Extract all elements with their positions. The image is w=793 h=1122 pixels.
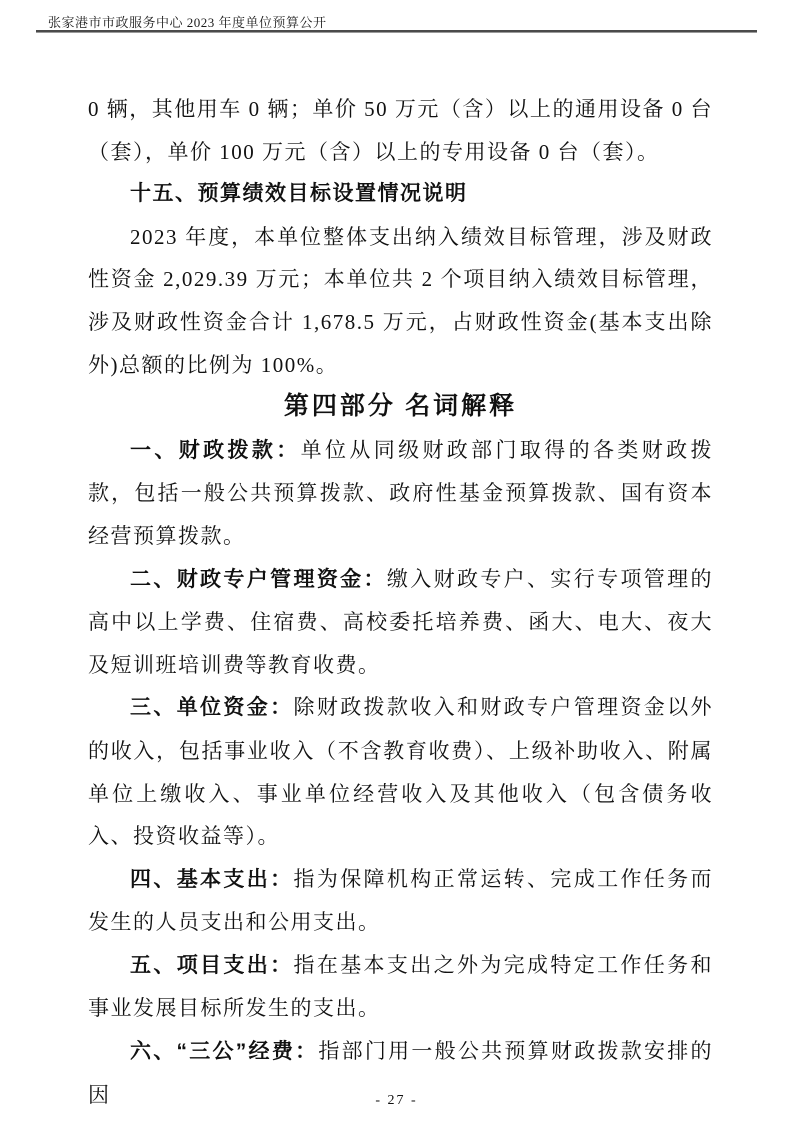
term-paragraph-1: 一、财政拨款：单位从同级财政部门取得的各类财政拨款，包括一般公共预算拨款、政府性…: [88, 429, 713, 558]
header-divider: [36, 30, 757, 33]
document-body: 0 辆，其他用车 0 辆；单价 50 万元（含）以上的通用设备 0 台（套），单…: [88, 88, 713, 1116]
term-4-label: 四、基本支出：: [130, 868, 293, 891]
term-paragraph-4: 四、基本支出：指为保障机构正常运转、完成工作任务而发生的人员支出和公用支出。: [88, 858, 713, 944]
term-5-label: 五、项目支出：: [130, 954, 293, 977]
paragraph-performance-targets: 2023 年度，本单位整体支出纳入绩效目标管理，涉及财政性资金 2,029.39…: [88, 216, 713, 386]
term-paragraph-5: 五、项目支出：指在基本支出之外为完成特定工作任务和事业发展目标所发生的支出。: [88, 944, 713, 1030]
page-number: - 27 -: [0, 1093, 793, 1109]
paragraph-continuation: 0 辆，其他用车 0 辆；单价 50 万元（含）以上的通用设备 0 台（套），单…: [88, 88, 713, 173]
term-2-label: 二、财政专户管理资金：: [130, 568, 387, 591]
term-1-label: 一、财政拨款：: [130, 439, 301, 462]
term-6-label: 六、“三公”经费：: [130, 1040, 318, 1063]
heading-section-15: 十五、预算绩效目标设置情况说明: [88, 173, 713, 216]
document-page: 张家港市市政服务中心 2023 年度单位预算公开 0 辆，其他用车 0 辆；单价…: [0, 0, 793, 1122]
term-paragraph-3: 三、单位资金：除财政拨款收入和财政专户管理资金以外的收入，包括事业收入（不含教育…: [88, 686, 713, 857]
page-header-title: 张家港市市政服务中心 2023 年度单位预算公开: [48, 12, 327, 31]
term-paragraph-2: 二、财政专户管理资金：缴入财政专户、实行专项管理的高中以上学费、住宿费、高校委托…: [88, 558, 713, 687]
term-3-label: 三、单位资金：: [130, 696, 293, 719]
part-4-title: 第四部分 名词解释: [88, 386, 713, 429]
